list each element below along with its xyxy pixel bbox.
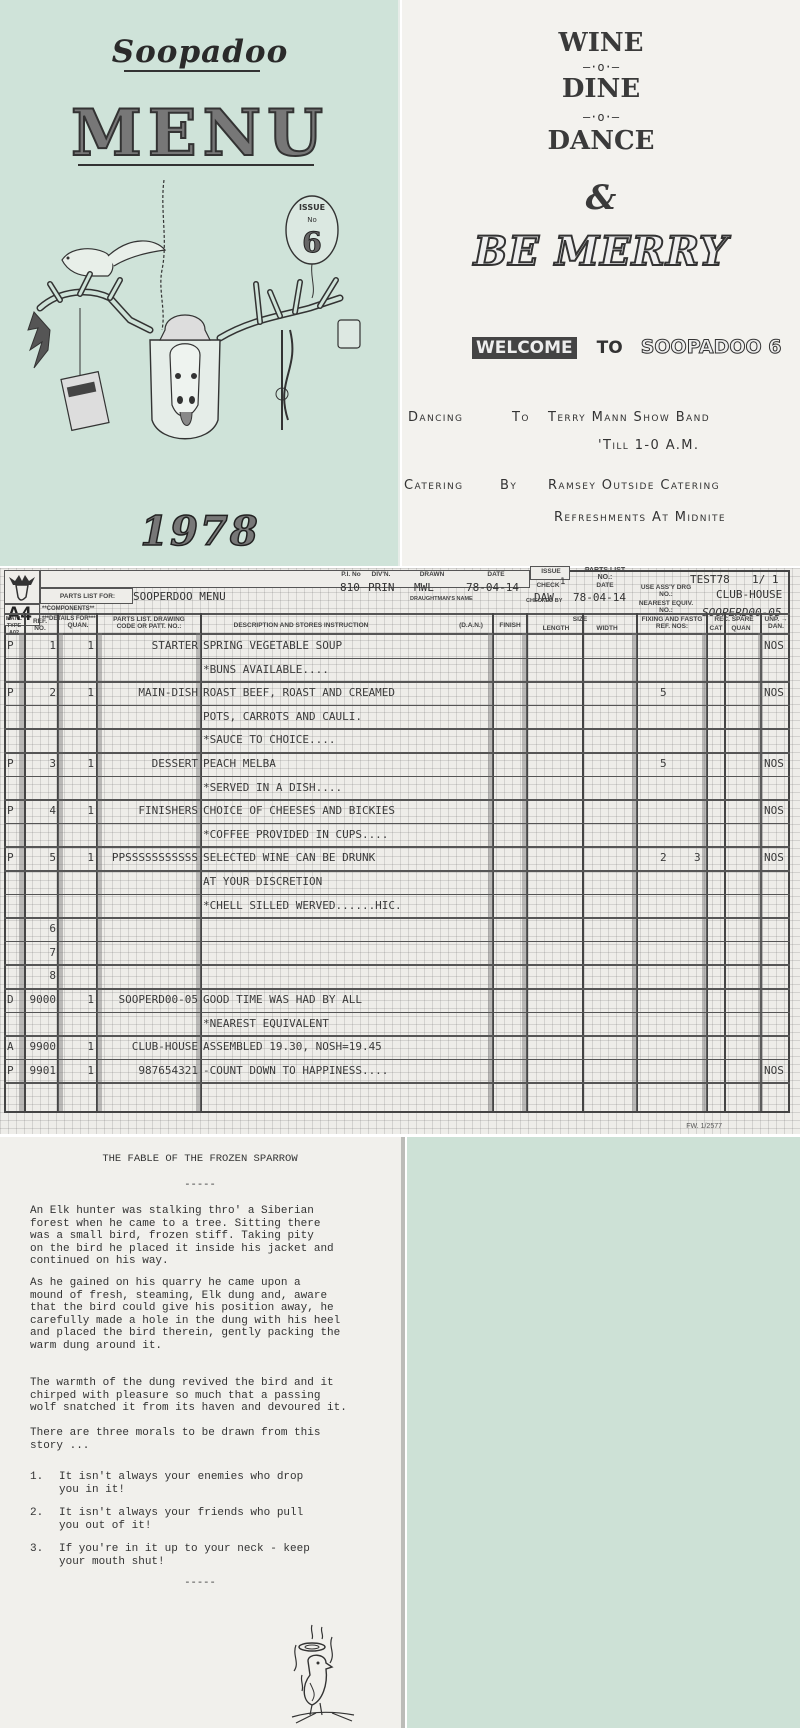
matl-type-cell: A (7, 1040, 19, 1053)
moral-text: It isn't always your friends who pull yo… (59, 1507, 303, 1532)
row-divider (4, 799, 790, 801)
quan-cell: 1 (60, 804, 94, 817)
description-cell: *CHELL SILLED WERVED......HIC. (203, 899, 493, 912)
matl-type-cell: P (7, 639, 19, 652)
check-date-label: DATE (580, 582, 630, 589)
svg-text:6: 6 (302, 226, 321, 259)
event-name: SOOPADOO 6 (641, 336, 782, 358)
description-cell: SPRING VEGETABLE SOUP (203, 639, 493, 652)
drawn-date-label: DATE (470, 571, 522, 578)
parts-list-no-label: PARTS LIST NO.: (580, 567, 630, 581)
checked-by-label: CHECKED BY (526, 598, 606, 605)
black-book-icon (61, 308, 109, 430)
row-divider (4, 941, 790, 943)
matl-type-cell: P (7, 804, 19, 817)
fable-paragraph: An Elk hunter was stalking thro' a Siber… (30, 1205, 375, 1268)
quan-cell: 1 (60, 993, 94, 1006)
fable-title: THE FABLE OF THE FROZEN SPARROW (0, 1153, 400, 1165)
header-divider (4, 613, 790, 615)
col-finish: FINISH (494, 622, 526, 629)
quan-cell: 1 (60, 686, 94, 699)
description-cell: GOOD TIME WAS HAD BY ALL (203, 993, 493, 1006)
heading-separator: —·o·— (402, 60, 800, 74)
band-name: Terry Mann Show Band (548, 410, 710, 425)
brand-title: Soopadoo (0, 34, 400, 70)
column-header-divider (4, 633, 790, 635)
col-ref-no: REF. NO. (28, 618, 52, 632)
fable-paragraph: As he gained on his quarry he came upon … (30, 1277, 375, 1352)
row-divider (4, 1082, 790, 1084)
description-cell: *SAUCE TO CHOICE.... (203, 733, 493, 746)
row-divider (4, 917, 790, 919)
nearest-equiv-label: NEAREST EQUIV. NO.: (638, 600, 694, 614)
moral-number: 2. (30, 1507, 59, 1532)
col-spare-quan: QUAN (726, 625, 756, 632)
description-cell: -COUNT DOWN TO HAPPINESS.... (203, 1064, 493, 1077)
moose-logo-icon (5, 571, 39, 603)
row-divider (4, 752, 790, 754)
description-cell: SELECTED WINE CAN BE DRUNK (203, 851, 493, 864)
sheet-number: 1/ 1 (752, 573, 779, 586)
description-cell: POTS, CARROTS AND CAULI. (203, 710, 493, 723)
squirrel-icon (62, 241, 165, 276)
drawn-value: MWL (414, 581, 434, 594)
row-divider (4, 1035, 790, 1037)
fable-paragraph: The warmth of the dung revived the bird … (30, 1377, 375, 1415)
fable-end-divider: ----- (0, 1577, 400, 1589)
drawing-code-cell: SOOPERD00-05 (100, 993, 198, 1006)
caterer-name: Ramsey Outside Catering (548, 478, 720, 493)
wine-heading: WINE (402, 28, 800, 58)
col-unp-dan: UNP. → DAN. (764, 616, 788, 630)
use-assy-value: CLUB-HOUSE (716, 588, 782, 601)
use-assy-label: USE ASS'Y DRG NO.: (638, 584, 694, 598)
ref-no-cell: 2 (26, 686, 56, 699)
col-length: LENGTH (530, 625, 582, 632)
quan-cell: 1 (60, 757, 94, 770)
refreshments-note: Refreshments At Midnite (554, 510, 726, 525)
unp-dan-cell: NOS (764, 639, 790, 652)
ref-no-cell: 6 (26, 922, 56, 935)
div-label: DIV'N. (366, 571, 396, 578)
moose-head-icon (150, 315, 220, 439)
svg-text:ISSUE: ISSUE (299, 203, 325, 212)
catering-label: Catering (404, 478, 464, 493)
be-merry-heading: BE MERRY (402, 228, 800, 275)
unp-dan-cell: NOS (764, 686, 790, 699)
unp-dan-cell: NOS (764, 851, 790, 864)
moral-text: If you're in it up to your neck - keep y… (59, 1543, 310, 1568)
row-divider (4, 988, 790, 990)
matl-type-cell: P (7, 757, 19, 770)
ref-no-cell: 3 (26, 757, 56, 770)
cover-year: 1978 (0, 508, 400, 555)
fixing-ref-cell: 5 (660, 686, 672, 699)
row-divider (4, 658, 790, 660)
fixing-ref-cell: 5 (660, 757, 672, 770)
row-divider (4, 846, 790, 848)
description-cell: PEACH MELBA (203, 757, 493, 770)
unp-dan-cell: NOS (764, 1064, 790, 1077)
description-cell: *COFFEE PROVIDED IN CUPS.... (203, 828, 493, 841)
row-divider (4, 1012, 790, 1014)
drawing-code-cell: 987654321 (100, 1064, 198, 1077)
description-cell: ASSEMBLED 19.30, NOSH=19.45 (203, 1040, 493, 1053)
welcome-line: WELCOMETOSOOPADOO 6 (472, 336, 782, 358)
menu-back-cover (407, 1137, 800, 1728)
col-description: DESCRIPTION AND STORES INSTRUCTION (216, 622, 386, 629)
logo-cell (4, 570, 40, 604)
row-divider (4, 1059, 790, 1061)
row-divider (4, 681, 790, 683)
quan-cell: 1 (60, 1064, 94, 1077)
col-width: WIDTH (582, 625, 632, 632)
menu-title: MENU (0, 96, 400, 171)
matl-type-cell: P (7, 686, 19, 699)
fixing-ref-cell: 2 (660, 851, 672, 864)
catering-by-label: By (500, 478, 517, 493)
div-value: PRIN (368, 581, 395, 594)
drawing-code-cell: CLUB-HOUSE (100, 1040, 198, 1053)
quan-cell: 1 (60, 1040, 94, 1053)
row-divider (4, 728, 790, 730)
moral-item: 3. If you're in it up to your neck - kee… (30, 1543, 375, 1568)
row-divider (4, 823, 790, 825)
menu-inside-cover: WINE —·o·— DINE —·o·— DANCE & BE MERRY W… (402, 0, 800, 566)
description-cell: AT YOUR DISCRETION (203, 875, 493, 888)
drawing-code-cell: DESSERT (100, 757, 198, 770)
brand-underline (124, 70, 260, 72)
ref-no-cell: 7 (26, 946, 56, 959)
dance-heading: DANCE (402, 126, 800, 156)
col-drawing-code: PARTS LIST. DRAWING CODE OR PATT. NO.: (104, 616, 194, 630)
drawing-code-cell: MAIN-DISH (100, 686, 198, 699)
col-rec-spare: REC. SPARE (708, 616, 760, 623)
row-divider (4, 870, 790, 872)
ref-no-cell: 4 (26, 804, 56, 817)
moral-text: It isn't always your enemies who drop yo… (59, 1471, 303, 1496)
ampersand: & (402, 178, 800, 218)
moral-number: 3. (30, 1543, 59, 1568)
quan-cell: 1 (60, 851, 94, 864)
welcome-label: WELCOME (472, 337, 577, 359)
issue-label: ISSUE (531, 568, 571, 575)
fable-divider: ----- (0, 1179, 400, 1191)
col-cat: CAT (708, 625, 724, 632)
draughtsman-label: DRAUGHTMAN'S NAME (410, 596, 500, 603)
drawn-date-value: 78-04-14 (466, 581, 519, 594)
ref-no-cell: 5 (26, 851, 56, 864)
parts-list-for-label: PARTS LIST FOR: (41, 593, 134, 600)
col-fixing: FIXING AND FASTG REF. NOS: (640, 616, 704, 630)
fable-page: THE FABLE OF THE FROZEN SPARROW ----- An… (0, 1137, 405, 1728)
to-label: TO (597, 338, 623, 358)
svg-text:No: No (307, 216, 317, 224)
ref-no-cell: 9900 (26, 1040, 56, 1053)
row-divider (4, 705, 790, 707)
parts-list-for-value: SOOPERDOO MENU (133, 590, 226, 603)
fixing-ref-cell: 3 (694, 851, 706, 864)
sparrow-with-halo-icon (282, 1615, 372, 1725)
fable-paragraph: There are three morals to be drawn from … (30, 1427, 375, 1452)
drawing-code-cell: FINISHERS (100, 804, 198, 817)
matl-type-cell: P (7, 851, 19, 864)
row-divider (4, 894, 790, 896)
drawing-code-cell: STARTER (100, 639, 198, 652)
description-cell: CHOICE OF CHEESES AND BICKIES (203, 804, 493, 817)
matl-type-cell: P (7, 1064, 19, 1077)
col-quan: QUAN. (62, 622, 94, 629)
description-cell: *BUNS AVAILABLE.... (203, 663, 493, 676)
moral-item: 1. It isn't always your enemies who drop… (30, 1471, 375, 1496)
dine-heading: DINE (402, 74, 800, 104)
dancing-label: Dancing (408, 410, 463, 425)
col-dan: (D.A.N.) (448, 622, 494, 629)
row-divider (4, 964, 790, 966)
description-cell: *NEAREST EQUIVALENT (203, 1017, 493, 1030)
matl-type-cell: D (7, 993, 19, 1006)
dancing-to-label: To (512, 410, 530, 425)
drawing-code-cell: PPSSSSSSSSSSS (100, 851, 198, 864)
moral-item: 2. It isn't always your friends who pull… (30, 1507, 375, 1532)
pi-no-value: 810 (340, 581, 360, 594)
menu-underline (78, 164, 314, 166)
row-divider (4, 776, 790, 778)
ref-no-cell: 9901 (26, 1064, 56, 1077)
menu-front-cover: Soopadoo MENU ISSUE (0, 0, 400, 566)
ref-no-cell: 1 (26, 639, 56, 652)
quan-cell: 1 (60, 639, 94, 652)
stars-line-1: **COMPONENTS** (42, 606, 134, 613)
ref-no-cell: 8 (26, 969, 56, 982)
moose-head-illustration-icon: ISSUE No 6 (20, 180, 380, 500)
description-cell: ROAST BEEF, ROAST AND CREAMED (203, 686, 493, 699)
moral-number: 1. (30, 1471, 59, 1496)
unp-dan-cell: NOS (764, 804, 790, 817)
parts-list-no-value: TEST78 (690, 573, 730, 586)
parts-list-form: PARTS LIST FOR: SOOPERDOO MENU A4 **COMP… (0, 568, 800, 1134)
description-cell: *SERVED IN A DISH.... (203, 781, 493, 794)
till-time: 'Till 1-0 A.M. (598, 438, 699, 453)
unp-dan-cell: NOS (764, 757, 790, 770)
parts-list-for-cell: PARTS LIST FOR: (40, 588, 133, 604)
issue-balloon-icon: ISSUE No 6 (286, 196, 338, 298)
form-code: FW. 1/2577 (686, 1123, 722, 1130)
col-size: SIZE (530, 616, 630, 623)
pi-no-label: P.I. No (338, 571, 364, 578)
ref-no-cell: 9000 (26, 993, 56, 1006)
title-strip (40, 570, 530, 588)
check-label: CHECK (532, 582, 564, 589)
drawn-label: DRAWN (412, 571, 452, 578)
heading-separator: —·o·— (402, 110, 800, 124)
